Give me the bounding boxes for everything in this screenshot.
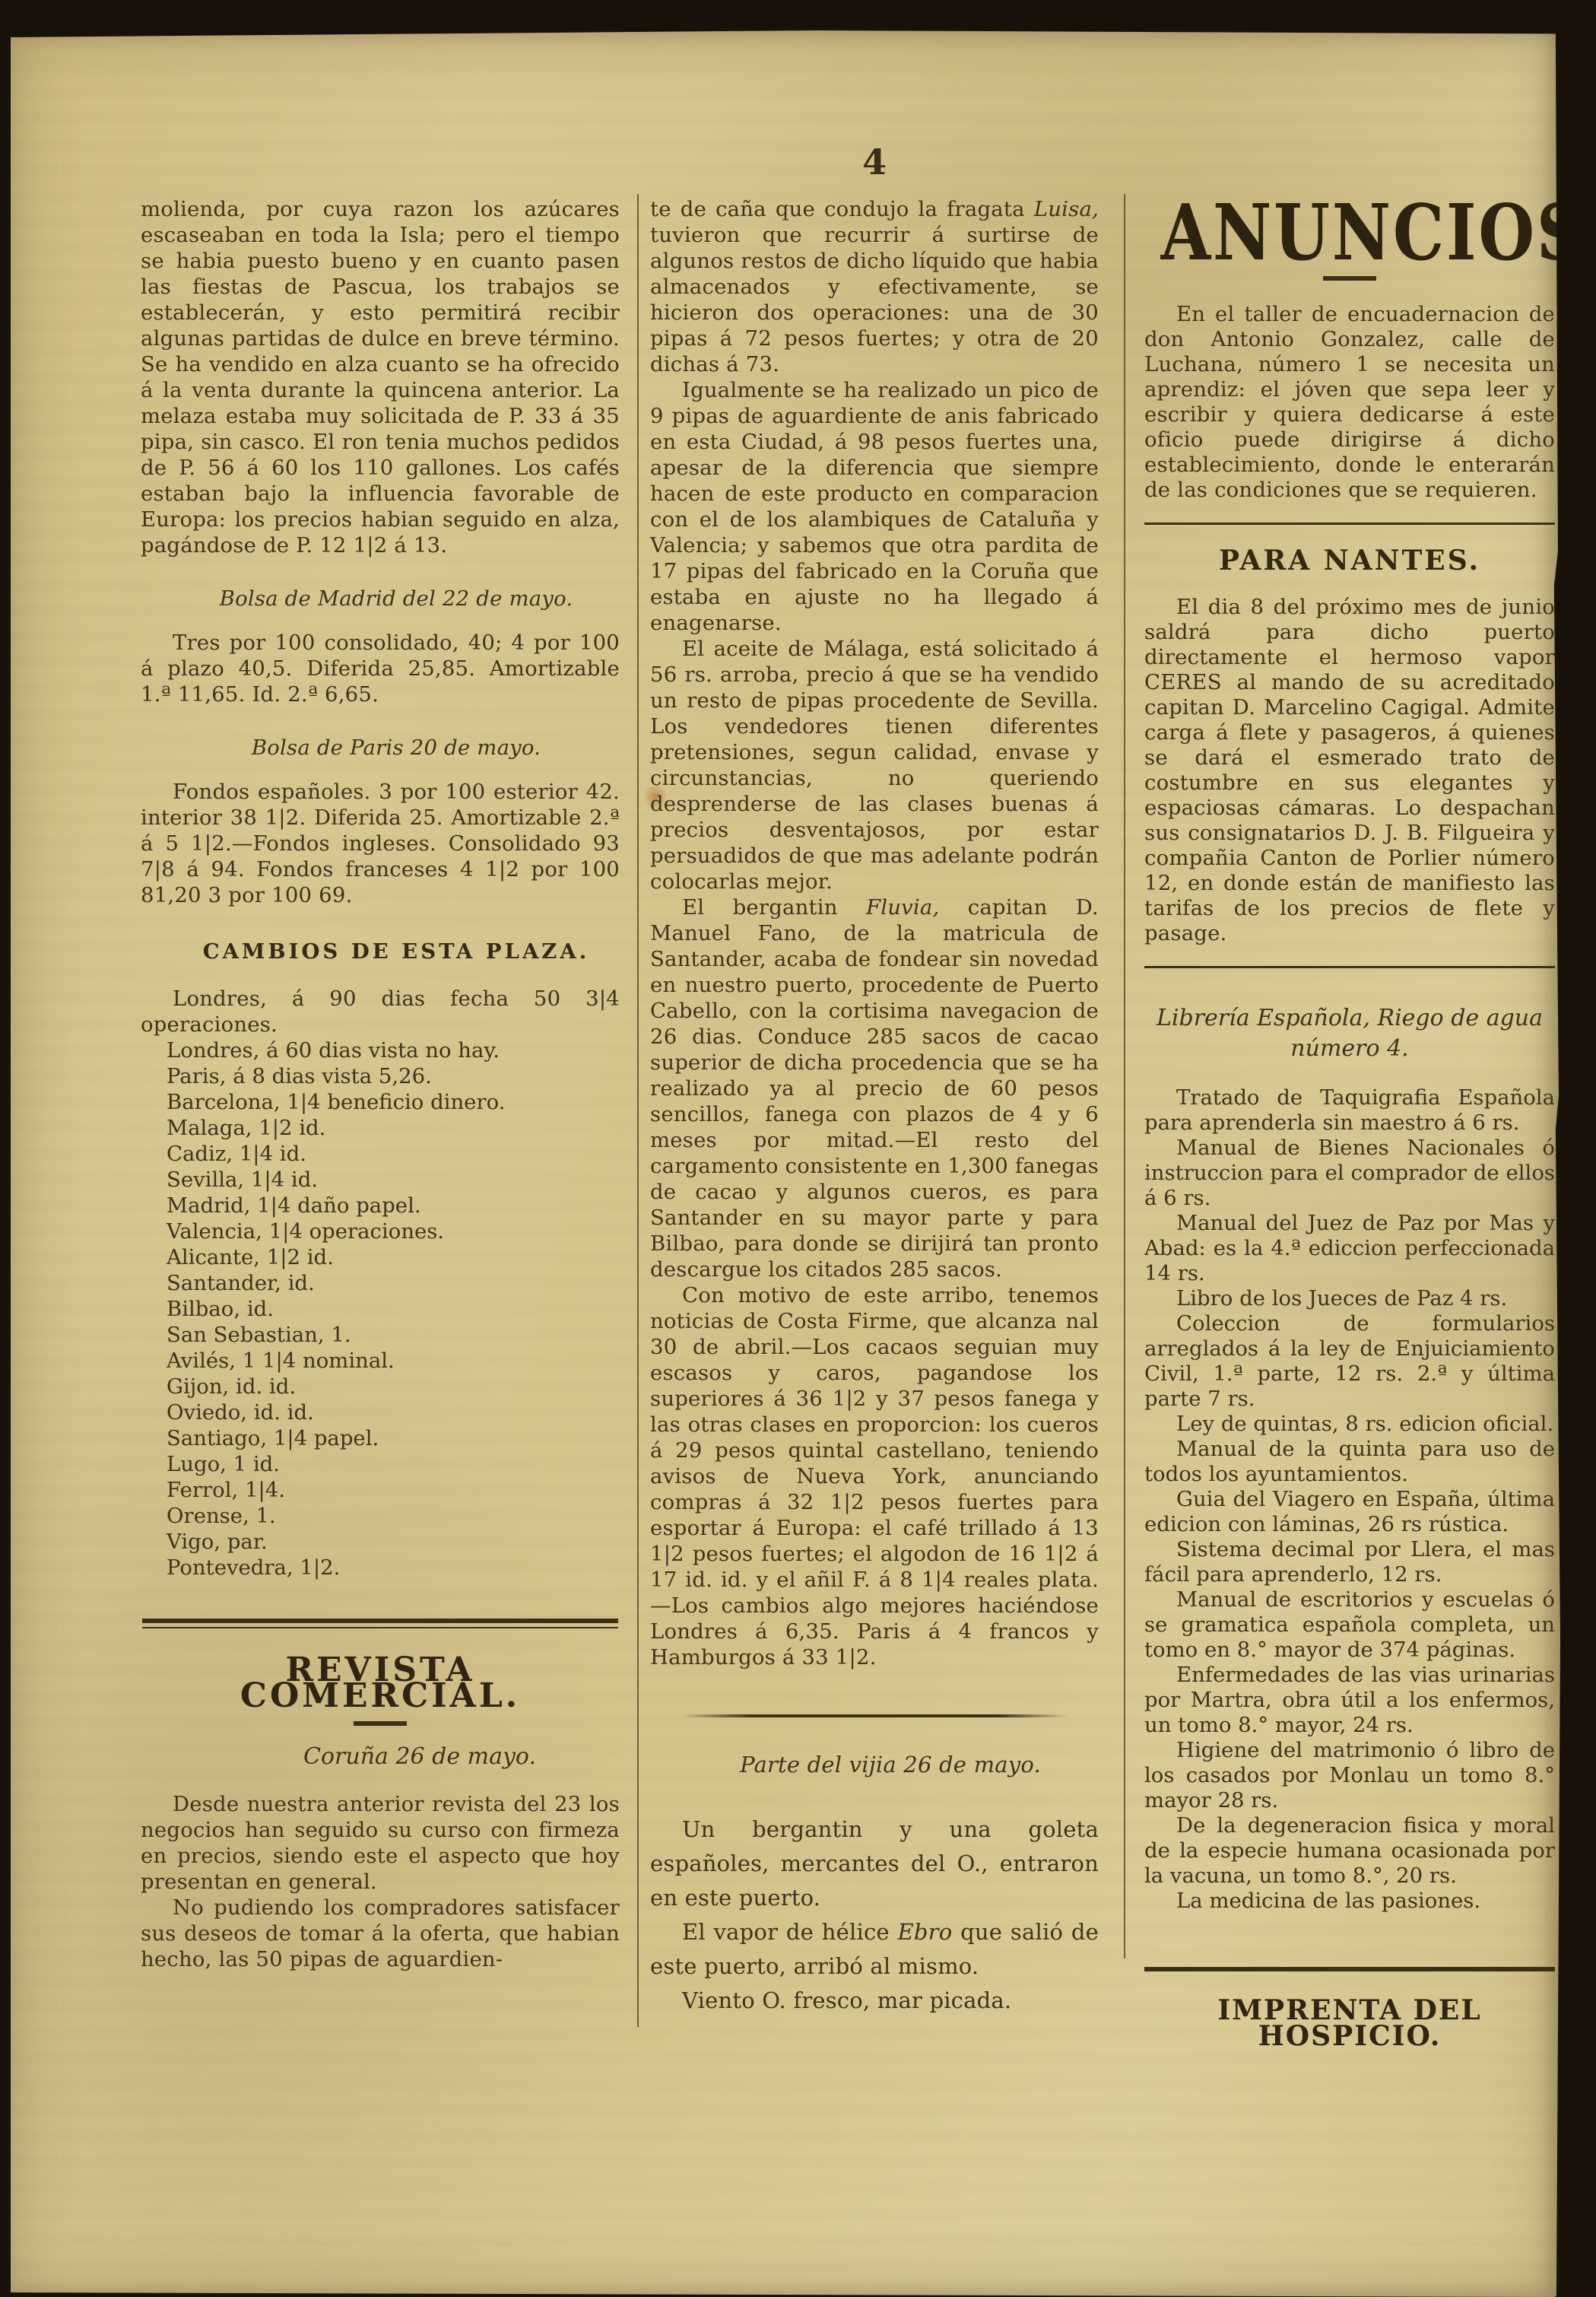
intro-paragraph: molienda, por cuya razon los azúcares es… bbox=[141, 196, 620, 558]
book-entry: Sistema decimal por Llera, el mas fácil … bbox=[1144, 1537, 1555, 1587]
book-entry: Coleccion de formularios arreglados á la… bbox=[1144, 1311, 1555, 1412]
cambios-entry: Santander, id. bbox=[141, 1270, 620, 1296]
column-divider-right bbox=[1124, 194, 1125, 1959]
imprenta-heading: IMPRENTA DEL HOSPICIO. bbox=[1144, 1997, 1555, 2049]
revista-paragraph-2: No pudiendo los compradores satisfacer s… bbox=[141, 1895, 620, 1972]
taller-ad: En el taller de encuadernacion de don An… bbox=[1144, 302, 1555, 503]
revista-paragraph-1: Desde nuestra anterior revista del 23 lo… bbox=[141, 1791, 620, 1895]
revista-comercial-heading: REVISTA COMERCIAL. bbox=[141, 1657, 620, 1709]
cambios-entry: Bilbao, id. bbox=[141, 1296, 620, 1322]
cambios-heading: CAMBIOS DE ESTA PLAZA. bbox=[141, 939, 620, 964]
cambios-entry: Alicante, 1|2 id. bbox=[141, 1244, 620, 1270]
cambios-entry: Londres, á 60 dias vista no hay. bbox=[141, 1037, 620, 1063]
cambios-intro: Londres, á 90 dias fecha 50 3|4 operacio… bbox=[141, 986, 620, 1037]
cambios-entry: Paris, á 8 dias vista 5,26. bbox=[141, 1063, 620, 1089]
vijia-heading: Parte del vijia 26 de mayo. bbox=[650, 1748, 1099, 1782]
cambios-entry: Valencia, 1|4 operaciones. bbox=[141, 1218, 620, 1244]
para-nantes-heading: PARA NANTES. bbox=[1144, 548, 1555, 573]
bolsa-paris-heading: Bolsa de Paris 20 de mayo. bbox=[141, 735, 620, 761]
book-entry: Enfermedades de las vias urinarias por M… bbox=[1144, 1663, 1555, 1738]
cambios-list: Londres, á 60 dias vista no hay.Paris, á… bbox=[141, 1037, 620, 1581]
book-entry: De la degeneracion fisica y moral de la … bbox=[1144, 1813, 1555, 1889]
book-entry: Manual de Bienes Nacionales ó instruccio… bbox=[1144, 1136, 1555, 1211]
bolsa-madrid-heading: Bolsa de Madrid del 22 de mayo. bbox=[141, 586, 620, 612]
cambios-entry: Barcelona, 1|4 beneficio dinero. bbox=[141, 1089, 620, 1115]
book-entry: Higiene del matrimonio ó libro de los ca… bbox=[1144, 1738, 1555, 1813]
book-entry: Libro de los Jueces de Paz 4 rs. bbox=[1144, 1286, 1555, 1311]
column-divider-left bbox=[637, 194, 639, 2027]
middle-column: 4 te de caña que condujo la fragata Luis… bbox=[650, 145, 1099, 2018]
bolsa-paris-text: Fondos españoles. 3 por 100 esterior 42.… bbox=[141, 779, 620, 908]
scanned-newspaper-page: { "colors": { "paper": "#d3c28a", "ink":… bbox=[0, 0, 1596, 2297]
cambios-entry: Lugo, 1 id. bbox=[141, 1451, 620, 1477]
cane-paragraph: te de caña que condujo la fragata Luisa,… bbox=[650, 196, 1099, 377]
anuncios-heading: ANUNCIOS. bbox=[1161, 194, 1539, 271]
text-segment: te de caña que condujo la fragata bbox=[650, 197, 1034, 221]
page-number: 4 bbox=[650, 145, 1099, 180]
book-entry: Guia del Viagero en España, última edici… bbox=[1144, 1487, 1555, 1537]
text-segment: tuvieron que recurrir á surtirse de algu… bbox=[650, 223, 1099, 376]
book-entry: Manual de escritorios y escuelas ó se gr… bbox=[1144, 1587, 1555, 1663]
section-rule bbox=[1144, 966, 1555, 968]
cambios-entry: Cadiz, 1|4 id. bbox=[141, 1141, 620, 1167]
cambios-entry: Santiago, 1|4 papel. bbox=[141, 1425, 620, 1451]
section-rule bbox=[1144, 523, 1555, 525]
cambios-entry: Avilés, 1 1|4 nominal. bbox=[141, 1348, 620, 1374]
heading-dash bbox=[354, 1721, 407, 1726]
vijia-paragraph-1: Un bergantin y una goleta españoles, mer… bbox=[650, 1813, 1099, 1915]
left-column: molienda, por cuya razon los azúcares es… bbox=[141, 196, 620, 1972]
text-segment: El vapor de hélice bbox=[682, 1919, 898, 1945]
right-column: ANUNCIOS. En el taller de encuadernacion… bbox=[1144, 194, 1555, 2049]
aguardiente-paragraph: Igualmente se ha realizado un pico de 9 … bbox=[650, 377, 1099, 636]
vijia-paragraph-2: El vapor de hélice Ebro que salió de est… bbox=[650, 1915, 1099, 1984]
book-list: Tratado de Taquigrafia Española para apr… bbox=[1144, 1085, 1555, 1914]
cambios-entry: San Sebastian, 1. bbox=[141, 1322, 620, 1348]
costa-firme-paragraph: Con motivo de este arribo, tenemos notic… bbox=[650, 1282, 1099, 1670]
cambios-entry: Pontevedra, 1|2. bbox=[141, 1555, 620, 1581]
book-entry: Tratado de Taquigrafia Española para apr… bbox=[1144, 1085, 1555, 1136]
bergantin-paragraph: El bergantin Fluvia, capitan D. Manuel F… bbox=[650, 894, 1099, 1282]
vijia-section: Parte del vijia 26 de mayo. Un bergantin… bbox=[650, 1748, 1099, 2018]
book-entry: La medicina de las pasiones. bbox=[1144, 1889, 1555, 1914]
section-rule bbox=[142, 1619, 618, 1628]
section-rule bbox=[1144, 1967, 1555, 1971]
section-rule bbox=[681, 1714, 1067, 1717]
ship-name: Fluvia, bbox=[866, 895, 939, 920]
book-entry: Manual de la quinta para uso de todos lo… bbox=[1144, 1437, 1555, 1487]
text-segment: capitan D. Manuel Fano, de la matricula … bbox=[650, 895, 1099, 1282]
cambios-entry: Ferrol, 1|4. bbox=[141, 1477, 620, 1503]
text-segment: El bergantin bbox=[682, 895, 866, 920]
book-entry: Ley de quintas, 8 rs. edicion oficial. bbox=[1144, 1412, 1555, 1437]
libreria-heading: Librería Española, Riego de agua número … bbox=[1144, 1003, 1555, 1064]
revista-dateline: Coruña 26 de mayo. bbox=[141, 1744, 620, 1770]
newspaper-page: molienda, por cuya razon los azúcares es… bbox=[11, 30, 1560, 2297]
cambios-entry: Oviedo, id. id. bbox=[141, 1399, 620, 1425]
cambios-entry: Malaga, 1|2 id. bbox=[141, 1115, 620, 1141]
ship-name: Luisa, bbox=[1034, 197, 1099, 221]
cambios-entry: Vigo, par. bbox=[141, 1529, 620, 1555]
nantes-ad: El dia 8 del próximo mes de junio saldrá… bbox=[1144, 595, 1555, 946]
cambios-entry: Sevilla, 1|4 id. bbox=[141, 1167, 620, 1193]
cambios-entry: Gijon, id. id. bbox=[141, 1374, 620, 1399]
bolsa-madrid-text: Tres por 100 consolidado, 40; 4 por 100 … bbox=[141, 630, 620, 707]
aceite-paragraph: El aceite de Málaga, está solicitado á 5… bbox=[650, 636, 1099, 894]
ship-name: Ebro bbox=[898, 1919, 953, 1945]
cambios-entry: Orense, 1. bbox=[141, 1503, 620, 1529]
vijia-paragraph-3: Viento O. fresco, mar picada. bbox=[650, 1984, 1099, 2018]
cambios-entry: Madrid, 1|4 daño papel. bbox=[141, 1193, 620, 1218]
book-entry: Manual del Juez de Paz por Mas y Abad: e… bbox=[1144, 1211, 1555, 1286]
